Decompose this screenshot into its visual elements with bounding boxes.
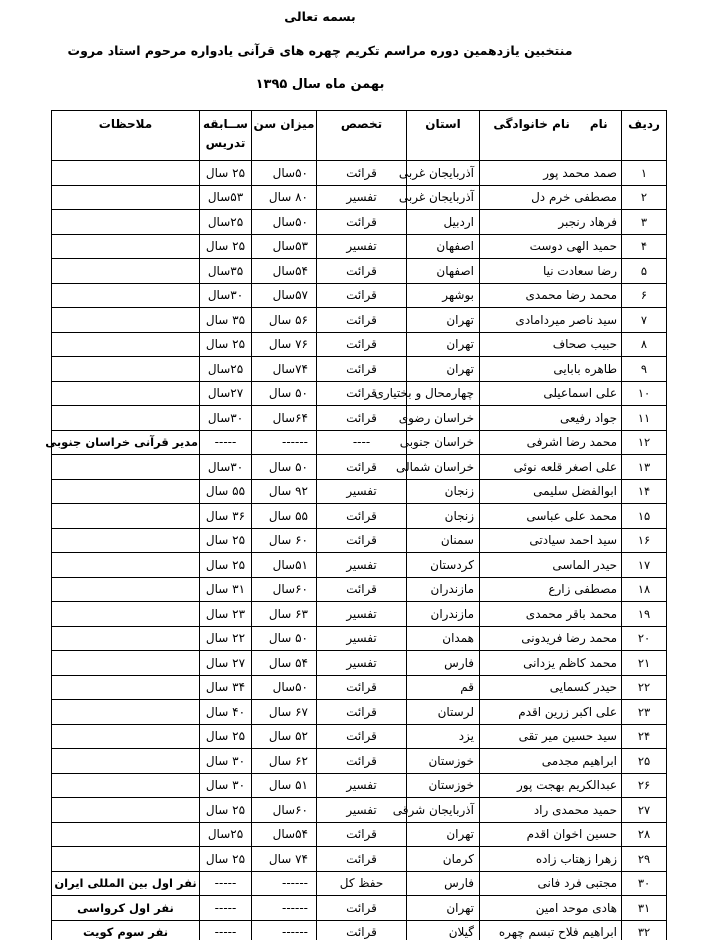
cell-note (52, 577, 200, 602)
cell-teaching: ۵۳سال (200, 185, 252, 210)
header-specialty: تخصص (317, 111, 407, 161)
cell-province: زنجان (407, 504, 480, 529)
table-row: ۴ حمید الهی دوست اصفهان تفسیر ۵۳سال ۲۵ س… (52, 234, 667, 259)
cell-note (52, 332, 200, 357)
cell-teaching: ۵۵ سال (200, 479, 252, 504)
cell-age: ۷۴سال (252, 357, 317, 382)
cell-name: محمد رضا فریدونی (480, 626, 622, 651)
cell-specialty: تفسیر (317, 626, 407, 651)
cell-age: ------ (252, 871, 317, 896)
cell-province: مازندران (407, 602, 480, 627)
cell-row-no: ۱۳ (622, 455, 667, 480)
cell-row-no: ۲۱ (622, 651, 667, 676)
table-row: ۳ فرهاد رنجبر اردبیل قرائت ۵۰سال ۲۵سال (52, 210, 667, 235)
cell-province: اصفهان (407, 259, 480, 284)
cell-note: مدیر قرآنی خراسان جنوبی (52, 430, 200, 455)
cell-age: ۵۰سال (252, 675, 317, 700)
cell-teaching: ۳۵سال (200, 259, 252, 284)
cell-row-no: ۲۹ (622, 847, 667, 872)
cell-row-no: ۸ (622, 332, 667, 357)
header-row: ردیف نام نام خانوادگی استان تخصص میزان س… (52, 111, 667, 161)
cell-specialty: قرائت (317, 896, 407, 921)
cell-name: حیدر کسمایی (480, 675, 622, 700)
cell-teaching: ----- (200, 871, 252, 896)
table-row: ۱۱ جواد رفیعی خراسان رضوی قرائت ۶۴سال ۳۰… (52, 406, 667, 431)
cell-row-no: ۷ (622, 308, 667, 333)
table-row: ۱۴ ابوالفضل سلیمی زنجان تفسیر ۹۲ سال ۵۵ … (52, 479, 667, 504)
cell-row-no: ۹ (622, 357, 667, 382)
cell-name: علی اسماعیلی (480, 381, 622, 406)
cell-specialty: تفسیر (317, 185, 407, 210)
cell-specialty: قرائت (317, 504, 407, 529)
cell-specialty: قرائت (317, 724, 407, 749)
cell-specialty: قرائت (317, 259, 407, 284)
cell-age: ------ (252, 896, 317, 921)
header-teaching: ســابقه تدریس (200, 111, 252, 161)
cell-row-no: ۱۴ (622, 479, 667, 504)
cell-row-no: ۳۲ (622, 920, 667, 940)
cell-row-no: ۱۱ (622, 406, 667, 431)
cell-teaching: ۲۵سال (200, 357, 252, 382)
cell-age: ۶۰ سال (252, 528, 317, 553)
cell-age: ۹۲ سال (252, 479, 317, 504)
cell-province: کردستان (407, 553, 480, 578)
cell-name: مصطفی زارع (480, 577, 622, 602)
cell-name: صمد محمد پور (480, 161, 622, 186)
cell-age: ۵۱ سال (252, 773, 317, 798)
cell-specialty: قرائت (317, 847, 407, 872)
cell-province: خراسان جنوبی (407, 430, 480, 455)
table-row: ۶ محمد رضا محمدی بوشهر قرائت ۵۷سال ۳۰سال (52, 283, 667, 308)
cell-age: ۵۳سال (252, 234, 317, 259)
cell-teaching: ۲۵ سال (200, 528, 252, 553)
cell-province: خوزستان (407, 749, 480, 774)
cell-note (52, 651, 200, 676)
cell-teaching: ۴۰ سال (200, 700, 252, 725)
cell-age: ۵۵ سال (252, 504, 317, 529)
cell-specialty: قرائت (317, 700, 407, 725)
cell-teaching: ۳۰سال (200, 455, 252, 480)
table-row: ۲۲ حیدر کسمایی قم قرائت ۵۰سال ۳۴ سال (52, 675, 667, 700)
table-row: ۱۰ علی اسماعیلی چهارمحال و بختیاری قرائت… (52, 381, 667, 406)
cell-province: تهران (407, 308, 480, 333)
table-row: ۲ مصطفی خرم دل آذربایجان غربی تفسیر ۸۰ س… (52, 185, 667, 210)
cell-teaching: ۳۰ سال (200, 749, 252, 774)
cell-specialty: قرائت (317, 577, 407, 602)
cell-note (52, 626, 200, 651)
cell-teaching: ----- (200, 896, 252, 921)
cell-province: گیلان (407, 920, 480, 940)
cell-row-no: ۲۳ (622, 700, 667, 725)
cell-row-no: ۳۰ (622, 871, 667, 896)
cell-note (52, 675, 200, 700)
cell-province: قم (407, 675, 480, 700)
cell-teaching: ۳۵ سال (200, 308, 252, 333)
table-row: ۲۳ علی اکبر زرین اقدم لرستان قرائت ۶۷ سا… (52, 700, 667, 725)
cell-row-no: ۲ (622, 185, 667, 210)
table-row: ۲۶ عبدالکریم بهجت پور خوزستان تفسیر ۵۱ س… (52, 773, 667, 798)
table-row: ۱۵ محمد علی عباسی زنجان قرائت ۵۵ سال ۳۶ … (52, 504, 667, 529)
cell-name: فرهاد رنجبر (480, 210, 622, 235)
cell-specialty: قرائت (317, 675, 407, 700)
cell-teaching: ۲۵ سال (200, 553, 252, 578)
cell-teaching: ----- (200, 430, 252, 455)
table-row: ۱۹ محمد باقر محمدی مازندران تفسیر ۶۳ سال… (52, 602, 667, 627)
cell-name: محمد کاظم یزدانی (480, 651, 622, 676)
cell-row-no: ۲۷ (622, 798, 667, 823)
cell-age: ۵۴ سال (252, 651, 317, 676)
cell-note (52, 308, 200, 333)
cell-name: محمد رضا محمدی (480, 283, 622, 308)
table-row: ۲۷ حمید محمدی راد آذربایجان شرقی تفسیر ۶… (52, 798, 667, 823)
cell-age: ۶۰سال (252, 798, 317, 823)
cell-name: مجتبی فرد فانی (480, 871, 622, 896)
cell-province: خوزستان (407, 773, 480, 798)
cell-name: علی اصغر قلعه نوئی (480, 455, 622, 480)
document-title: منتخبین یازدهمین دوره مراسم تکریم چهره ه… (0, 43, 640, 58)
table-row: ۸ حبیب صحاف تهران قرائت ۷۶ سال ۲۵ سال (52, 332, 667, 357)
cell-note (52, 455, 200, 480)
cell-age: ۶۲ سال (252, 749, 317, 774)
cell-name: طاهره بابایی (480, 357, 622, 382)
cell-specialty: قرائت (317, 210, 407, 235)
cell-province: لرستان (407, 700, 480, 725)
document-page: بسمه تعالی منتخبین یازدهمین دوره مراسم ت… (0, 0, 713, 940)
cell-name: جواد رفیعی (480, 406, 622, 431)
cell-note: نفر اول بین المللی ایران (52, 871, 200, 896)
table-row: ۱۲ محمد رضا اشرفی خراسان جنوبی ---- ----… (52, 430, 667, 455)
table-row: ۷ سید ناصر میردامادی تهران قرائت ۵۶ سال … (52, 308, 667, 333)
cell-name: سید ناصر میردامادی (480, 308, 622, 333)
cell-specialty: قرائت (317, 920, 407, 940)
cell-note (52, 504, 200, 529)
cell-age: ۶۰سال (252, 577, 317, 602)
cell-teaching: ----- (200, 920, 252, 940)
cell-age: ۵۰ سال (252, 626, 317, 651)
cell-note (52, 161, 200, 186)
cell-name: حسین اخوان اقدم (480, 822, 622, 847)
cell-name: ابوالفضل سلیمی (480, 479, 622, 504)
cell-specialty: قرائت (317, 283, 407, 308)
cell-teaching: ۲۳ سال (200, 602, 252, 627)
cell-row-no: ۲۸ (622, 822, 667, 847)
cell-teaching: ۳۶ سال (200, 504, 252, 529)
table-row: ۱۸ مصطفی زارع مازندران قرائت ۶۰سال ۳۱ سا… (52, 577, 667, 602)
cell-province: آذربایجان غربی (407, 185, 480, 210)
table-row: ۳۱ هادی موحد امین تهران قرائت ------ ---… (52, 896, 667, 921)
header-notes: ملاحظات (52, 111, 200, 161)
cell-age: ۵۲ سال (252, 724, 317, 749)
cell-name: ابراهیم فلاح تبسم چهره (480, 920, 622, 940)
cell-province: سمنان (407, 528, 480, 553)
cell-province: مازندران (407, 577, 480, 602)
cell-name: حبیب صحاف (480, 332, 622, 357)
cell-name: محمد علی عباسی (480, 504, 622, 529)
header-name: نام نام خانوادگی (480, 111, 622, 161)
cell-note (52, 602, 200, 627)
cell-teaching: ۳۰ سال (200, 773, 252, 798)
table-row: ۲۵ ابراهیم مجدمی خوزستان قرائت ۶۲ سال ۳۰… (52, 749, 667, 774)
cell-province: چهارمحال و بختیاری (407, 381, 480, 406)
table-row: ۲۱ محمد کاظم یزدانی فارس تفسیر ۵۴ سال ۲۷… (52, 651, 667, 676)
cell-age: ------ (252, 920, 317, 940)
cell-name: سید احمد سیادتی (480, 528, 622, 553)
cell-age: ------ (252, 430, 317, 455)
cell-row-no: ۱۵ (622, 504, 667, 529)
cell-specialty: ---- (317, 430, 407, 455)
cell-age: ۵۰ سال (252, 455, 317, 480)
cell-specialty: قرائت (317, 161, 407, 186)
table-row: ۲۹ زهرا زهتاب زاده کرمان قرائت ۷۴ سال ۲۵… (52, 847, 667, 872)
cell-age: ۷۶ سال (252, 332, 317, 357)
cell-specialty: قرائت (317, 308, 407, 333)
cell-row-no: ۴ (622, 234, 667, 259)
cell-name: ابراهیم مجدمی (480, 749, 622, 774)
cell-teaching: ۲۵سال (200, 210, 252, 235)
cell-row-no: ۲۰ (622, 626, 667, 651)
cell-teaching: ۲۷ سال (200, 651, 252, 676)
cell-teaching: ۲۵ سال (200, 161, 252, 186)
cell-note (52, 798, 200, 823)
cell-row-no: ۲۶ (622, 773, 667, 798)
table-row: ۲۰ محمد رضا فریدونی همدان تفسیر ۵۰ سال ۲… (52, 626, 667, 651)
cell-teaching: ۲۵ سال (200, 332, 252, 357)
cell-row-no: ۱۸ (622, 577, 667, 602)
header-first-name: نام (590, 117, 608, 131)
cell-age: ۵۱سال (252, 553, 317, 578)
cell-province: کرمان (407, 847, 480, 872)
cell-note (52, 773, 200, 798)
cell-teaching: ۲۵ سال (200, 234, 252, 259)
cell-note: نفر سوم کویت (52, 920, 200, 940)
cell-name: زهرا زهتاب زاده (480, 847, 622, 872)
cell-note (52, 357, 200, 382)
cell-province: فارس (407, 651, 480, 676)
table-row: ۲۸ حسین اخوان اقدم تهران قرائت ۵۴سال ۲۵س… (52, 822, 667, 847)
cell-specialty: تفسیر (317, 479, 407, 504)
cell-name: حیدر الماسی (480, 553, 622, 578)
cell-teaching: ۳۱ سال (200, 577, 252, 602)
cell-age: ۷۴ سال (252, 847, 317, 872)
cell-note (52, 847, 200, 872)
cell-name: حمید الهی دوست (480, 234, 622, 259)
header-row-no: ردیف (622, 111, 667, 161)
cell-note (52, 283, 200, 308)
table-row: ۱ صمد محمد پور آذربایجان غربی قرائت ۵۰سا… (52, 161, 667, 186)
cell-province: اصفهان (407, 234, 480, 259)
cell-province: خراسان شمالی (407, 455, 480, 480)
cell-teaching: ۲۷سال (200, 381, 252, 406)
honorees-table: ردیف نام نام خانوادگی استان تخصص میزان س… (51, 110, 667, 940)
cell-teaching: ۲۵سال (200, 822, 252, 847)
document-date: بهمن ماه سال ۱۳۹۵ (0, 77, 640, 92)
cell-row-no: ۶ (622, 283, 667, 308)
cell-name: حمید محمدی راد (480, 798, 622, 823)
cell-teaching: ۳۰سال (200, 283, 252, 308)
cell-specialty: قرائت (317, 749, 407, 774)
cell-province: آذربایجان غربی (407, 161, 480, 186)
cell-note (52, 381, 200, 406)
cell-specialty: قرائت (317, 406, 407, 431)
cell-age: ۵۴سال (252, 259, 317, 284)
cell-note (52, 749, 200, 774)
cell-province: زنجان (407, 479, 480, 504)
cell-name: هادی موحد امین (480, 896, 622, 921)
cell-note (52, 822, 200, 847)
table-row: ۱۶ سید احمد سیادتی سمنان قرائت ۶۰ سال ۲۵… (52, 528, 667, 553)
cell-row-no: ۳۱ (622, 896, 667, 921)
cell-specialty: تفسیر (317, 234, 407, 259)
header-age: میزان سن (252, 111, 317, 161)
table-row: ۹ طاهره بابایی تهران قرائت ۷۴سال ۲۵سال (52, 357, 667, 382)
cell-note (52, 234, 200, 259)
cell-row-no: ۲۲ (622, 675, 667, 700)
cell-specialty: قرائت (317, 357, 407, 382)
table-row: ۳۰ مجتبی فرد فانی فارس حفظ کل ------ ---… (52, 871, 667, 896)
cell-teaching: ۳۴ سال (200, 675, 252, 700)
cell-row-no: ۱ (622, 161, 667, 186)
cell-specialty: حفظ کل (317, 871, 407, 896)
cell-note (52, 406, 200, 431)
cell-teaching: ۲۲ سال (200, 626, 252, 651)
cell-name: علی اکبر زرین اقدم (480, 700, 622, 725)
table-row: ۳۲ ابراهیم فلاح تبسم چهره گیلان قرائت --… (52, 920, 667, 940)
cell-age: ۶۳ سال (252, 602, 317, 627)
cell-province: تهران (407, 822, 480, 847)
cell-age: ۵۷سال (252, 283, 317, 308)
cell-name: عبدالکریم بهجت پور (480, 773, 622, 798)
cell-province: فارس (407, 871, 480, 896)
cell-teaching: ۲۵ سال (200, 798, 252, 823)
cell-row-no: ۵ (622, 259, 667, 284)
cell-age: ۵۶ سال (252, 308, 317, 333)
cell-province: تهران (407, 332, 480, 357)
cell-age: ۵۰سال (252, 161, 317, 186)
cell-note (52, 528, 200, 553)
cell-province: بوشهر (407, 283, 480, 308)
cell-row-no: ۱۹ (622, 602, 667, 627)
cell-province: خراسان رضوی (407, 406, 480, 431)
cell-note (52, 259, 200, 284)
table-row: ۱۳ علی اصغر قلعه نوئی خراسان شمالی قرائت… (52, 455, 667, 480)
cell-row-no: ۱۲ (622, 430, 667, 455)
cell-teaching: ۳۰سال (200, 406, 252, 431)
cell-teaching: ۲۵ سال (200, 847, 252, 872)
cell-row-no: ۱۷ (622, 553, 667, 578)
cell-specialty: قرائت (317, 528, 407, 553)
cell-teaching: ۲۵ سال (200, 724, 252, 749)
cell-specialty: تفسیر (317, 651, 407, 676)
cell-specialty: تفسیر (317, 602, 407, 627)
cell-age: ۵۴سال (252, 822, 317, 847)
cell-age: ۶۷ سال (252, 700, 317, 725)
cell-note (52, 185, 200, 210)
cell-province: اردبیل (407, 210, 480, 235)
cell-row-no: ۱۶ (622, 528, 667, 553)
header-province: استان (407, 111, 480, 161)
cell-province: یزد (407, 724, 480, 749)
cell-province: تهران (407, 357, 480, 382)
table-row: ۵ رضا سعادت نیا اصفهان قرائت ۵۴سال ۳۵سال (52, 259, 667, 284)
cell-age: ۶۴سال (252, 406, 317, 431)
cell-name: مصطفی خرم دل (480, 185, 622, 210)
cell-note (52, 553, 200, 578)
table-row: ۲۴ سید حسین میر تقی یزد قرائت ۵۲ سال ۲۵ … (52, 724, 667, 749)
cell-specialty: قرائت (317, 332, 407, 357)
cell-specialty: تفسیر (317, 773, 407, 798)
cell-province: تهران (407, 896, 480, 921)
table-row: ۱۷ حیدر الماسی کردستان تفسیر ۵۱سال ۲۵ سا… (52, 553, 667, 578)
cell-province: همدان (407, 626, 480, 651)
cell-note (52, 210, 200, 235)
cell-note (52, 479, 200, 504)
cell-age: ۸۰ سال (252, 185, 317, 210)
cell-age: ۵۰ سال (252, 381, 317, 406)
cell-row-no: ۲۵ (622, 749, 667, 774)
cell-note (52, 724, 200, 749)
header-last-name: نام خانوادگی (493, 117, 570, 131)
cell-name: رضا سعادت نیا (480, 259, 622, 284)
cell-name: محمد رضا اشرفی (480, 430, 622, 455)
bismillah: بسمه تعالی (0, 9, 640, 24)
cell-specialty: قرائت (317, 455, 407, 480)
cell-age: ۵۰سال (252, 210, 317, 235)
cell-note: نفر اول کرواسی (52, 896, 200, 921)
cell-row-no: ۲۴ (622, 724, 667, 749)
cell-note (52, 700, 200, 725)
cell-row-no: ۱۰ (622, 381, 667, 406)
cell-specialty: قرائت (317, 822, 407, 847)
cell-name: سید حسین میر تقی (480, 724, 622, 749)
cell-row-no: ۳ (622, 210, 667, 235)
cell-province: آذربایجان شرقی (407, 798, 480, 823)
cell-specialty: تفسیر (317, 553, 407, 578)
cell-name: محمد باقر محمدی (480, 602, 622, 627)
